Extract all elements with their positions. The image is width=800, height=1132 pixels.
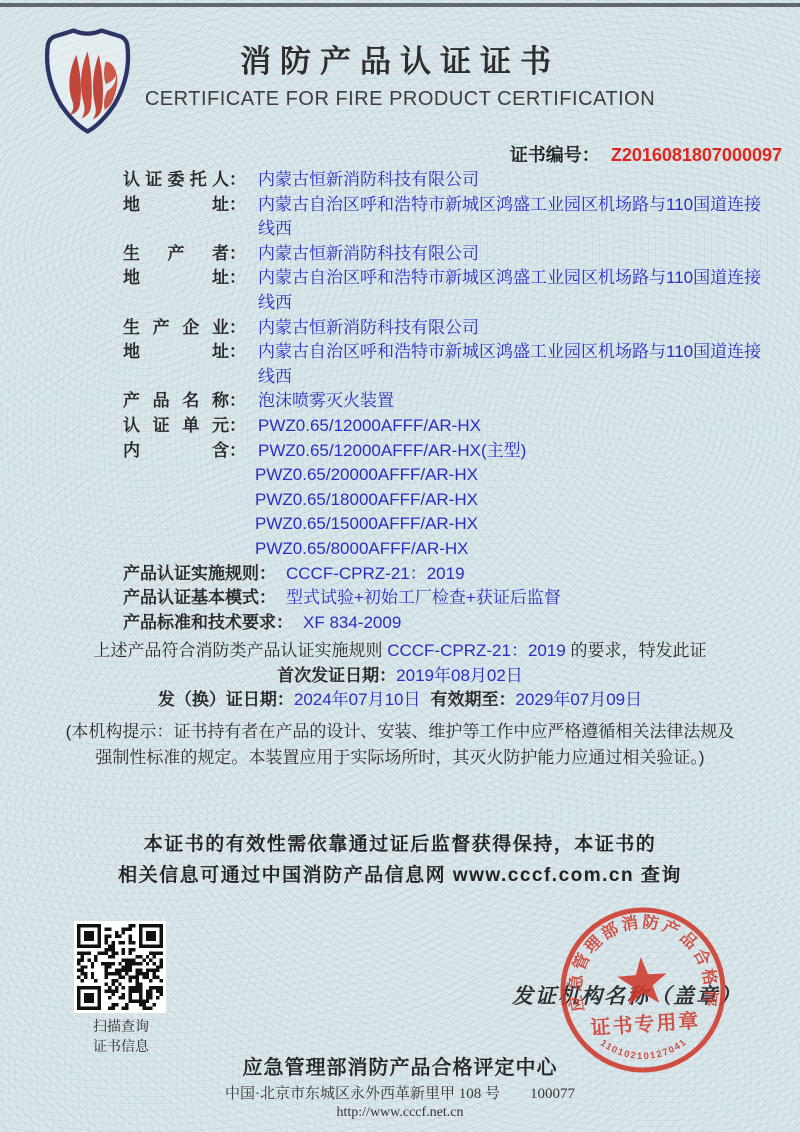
colon: ：	[229, 414, 246, 439]
conformity-statement: 上述产品符合消防类产品认证实施规则 CCCF-CPRZ-21：2019 的要求，…	[0, 639, 800, 664]
field-value: 内蒙古自治区呼和浩特市新城区鸿盛工业园区机场路与110国道连接线西	[258, 340, 774, 389]
rule-label: 产品认证基本模式：	[123, 586, 276, 611]
reissue-date-row: 发（换）证日期：2024年07月10日有效期至：2029年07月09日	[0, 688, 800, 713]
seal-star-icon	[616, 955, 669, 1005]
rule-value: XF 834-2009	[303, 611, 401, 636]
certificate-fields: 认证委托人： 内蒙古恒新消防科技有限公司 地址： 内蒙古自治区呼和浩特市新城区鸿…	[123, 168, 783, 635]
colon: ：	[229, 266, 246, 291]
rule-label: 产品认证实施规则：	[123, 562, 276, 587]
colon: ：	[229, 389, 246, 414]
contained-model: PWZ0.65/12000AFFF/AR-HX(主型)	[258, 439, 774, 464]
reissue-date-label: 发（换）证日期：	[158, 690, 294, 709]
statement-pre: 上述产品符合消防类产品认证实施规则	[93, 641, 387, 660]
colon: ：	[229, 439, 246, 464]
field-row-manufacturer: 生产企业： 内蒙古恒新消防科技有限公司	[123, 316, 783, 341]
first-issue-date-label: 首次发证日期：	[277, 666, 396, 685]
field-label: 地址	[123, 193, 229, 218]
contained-model: PWZ0.65/20000AFFF/AR-HX	[255, 463, 783, 488]
official-seal-stamp: 应急管理部消防产品合格评定中心 证书专用章 11010210127041	[552, 899, 733, 1080]
agency-note-line2: 强制性标准的规定。本装置应用于实际场所时，其灭火防护能力应通过相关验证。)	[30, 745, 770, 771]
field-row-address: 地址： 内蒙古自治区呼和浩特市新城区鸿盛工业园区机场路与110国道连接线西	[123, 266, 783, 315]
field-label: 产品名称	[123, 389, 229, 414]
field-value: 泡沫喷雾灭火装置	[258, 389, 774, 414]
colon: ：	[229, 242, 246, 267]
field-label: 地址	[123, 266, 229, 291]
colon: ：	[229, 316, 246, 341]
contained-model: PWZ0.65/8000AFFF/AR-HX	[255, 537, 783, 562]
colon: ：	[229, 168, 246, 193]
field-label: 生产企业	[123, 316, 229, 341]
validity-statement: 本证书的有效性需依靠通过证后监督获得保持，本证书的 相关信息可通过中国消防产品信…	[0, 829, 800, 891]
rule-row-implementation: 产品认证实施规则： CCCF-CPRZ-21：2019	[123, 562, 783, 587]
page-title-english: CERTIFICATE FOR FIRE PRODUCT CERTIFICATI…	[0, 88, 800, 111]
statement-post: 的要求，特发此证	[566, 641, 707, 660]
certificate-page: 消防产品认证证书 CERTIFICATE FOR FIRE PRODUCT CE…	[0, 0, 800, 1132]
field-value: 内蒙古恒新消防科技有限公司	[258, 242, 774, 267]
seal-center-text: 证书专用章	[590, 1008, 701, 1040]
field-value: 内蒙古恒新消防科技有限公司	[258, 316, 774, 341]
field-value: 内蒙古恒新消防科技有限公司	[258, 168, 774, 193]
rule-value: 型式试验+初始工厂检查+获证后监督	[286, 586, 561, 611]
field-row-applicant: 认证委托人： 内蒙古恒新消防科技有限公司	[123, 168, 783, 193]
qr-caption-line1: 扫描查询	[66, 1016, 176, 1036]
first-issue-date-row: 首次发证日期：2019年08月02日	[0, 664, 800, 689]
certificate-number-label: 证书编号：	[510, 145, 600, 165]
field-row-address: 地址： 内蒙古自治区呼和浩特市新城区鸿盛工业园区机场路与110国道连接线西	[123, 193, 783, 242]
agency-note: (本机构提示：证书持有者在产品的设计、安装、维护等工作中应严格遵循相关法律法规及…	[30, 719, 770, 771]
field-row-contains: 内含： PWZ0.65/12000AFFF/AR-HX(主型)	[123, 439, 783, 464]
field-label: 内含	[123, 439, 229, 464]
valid-until-value: 2029年07月09日	[516, 690, 643, 709]
organization-url: http://www.cccf.net.cn	[0, 1105, 800, 1121]
validity-line2: 相关信息可通过中国消防产品信息网 www.cccf.com.cn 查询	[0, 860, 800, 891]
rule-label: 产品标准和技术要求：	[123, 611, 293, 636]
validity-line1: 本证书的有效性需依靠通过证后监督获得保持，本证书的	[0, 829, 800, 860]
field-value: 内蒙古自治区呼和浩特市新城区鸿盛工业园区机场路与110国道连接线西	[258, 193, 774, 242]
page-title: 消防产品认证证书	[0, 36, 800, 81]
statement-rule-code: CCCF-CPRZ-21：2019	[387, 641, 566, 660]
colon: ：	[229, 193, 246, 218]
field-label: 地址	[123, 340, 229, 365]
valid-until-label: 有效期至：	[431, 690, 516, 709]
svg-text:应急管理部消防产品合格评定中心: 应急管理部消防产品合格评定中心	[552, 899, 723, 1022]
field-row-producer: 生产者： 内蒙古恒新消防科技有限公司	[123, 242, 783, 267]
first-issue-date-value: 2019年08月02日	[396, 666, 523, 685]
rule-row-standard: 产品标准和技术要求： XF 834-2009	[123, 611, 783, 636]
certificate-number-row: 证书编号： Z2016081807000097	[0, 141, 782, 167]
field-row-product-name: 产品名称： 泡沫喷雾灭火装置	[123, 389, 783, 414]
qr-code-icon	[74, 921, 166, 1013]
field-value: 内蒙古自治区呼和浩特市新城区鸿盛工业园区机场路与110国道连接线西	[258, 266, 774, 315]
certificate-number-value: Z2016081807000097	[611, 145, 782, 165]
top-scan-edge	[0, 3, 800, 7]
field-label: 认证委托人	[123, 168, 229, 193]
reissue-date-value: 2024年07月10日	[294, 690, 421, 709]
field-label: 认证单元	[123, 414, 229, 439]
qr-caption: 扫描查询 证书信息	[66, 1016, 176, 1056]
contained-model: PWZ0.65/15000AFFF/AR-HX	[255, 512, 783, 537]
field-label: 生产者	[123, 242, 229, 267]
field-row-certified-unit: 认证单元： PWZ0.65/12000AFFF/AR-HX	[123, 414, 783, 439]
colon: ：	[229, 340, 246, 365]
rule-value: CCCF-CPRZ-21：2019	[286, 562, 465, 587]
field-row-address: 地址： 内蒙古自治区呼和浩特市新城区鸿盛工业园区机场路与110国道连接线西	[123, 340, 783, 389]
rule-row-mode: 产品认证基本模式： 型式试验+初始工厂检查+获证后监督	[123, 586, 783, 611]
field-value: PWZ0.65/12000AFFF/AR-HX	[258, 414, 774, 439]
seal-ring-text: 应急管理部消防产品合格评定中心	[552, 899, 723, 1022]
agency-note-line1: (本机构提示：证书持有者在产品的设计、安装、维护等工作中应严格遵循相关法律法规及	[30, 719, 770, 745]
organization-address: 中国·北京市东城区永外西革新里甲 108 号 100077	[0, 1082, 800, 1103]
contained-model: PWZ0.65/18000AFFF/AR-HX	[255, 488, 783, 513]
statement-and-dates: 上述产品符合消防类产品认证实施规则 CCCF-CPRZ-21：2019 的要求，…	[0, 639, 800, 713]
